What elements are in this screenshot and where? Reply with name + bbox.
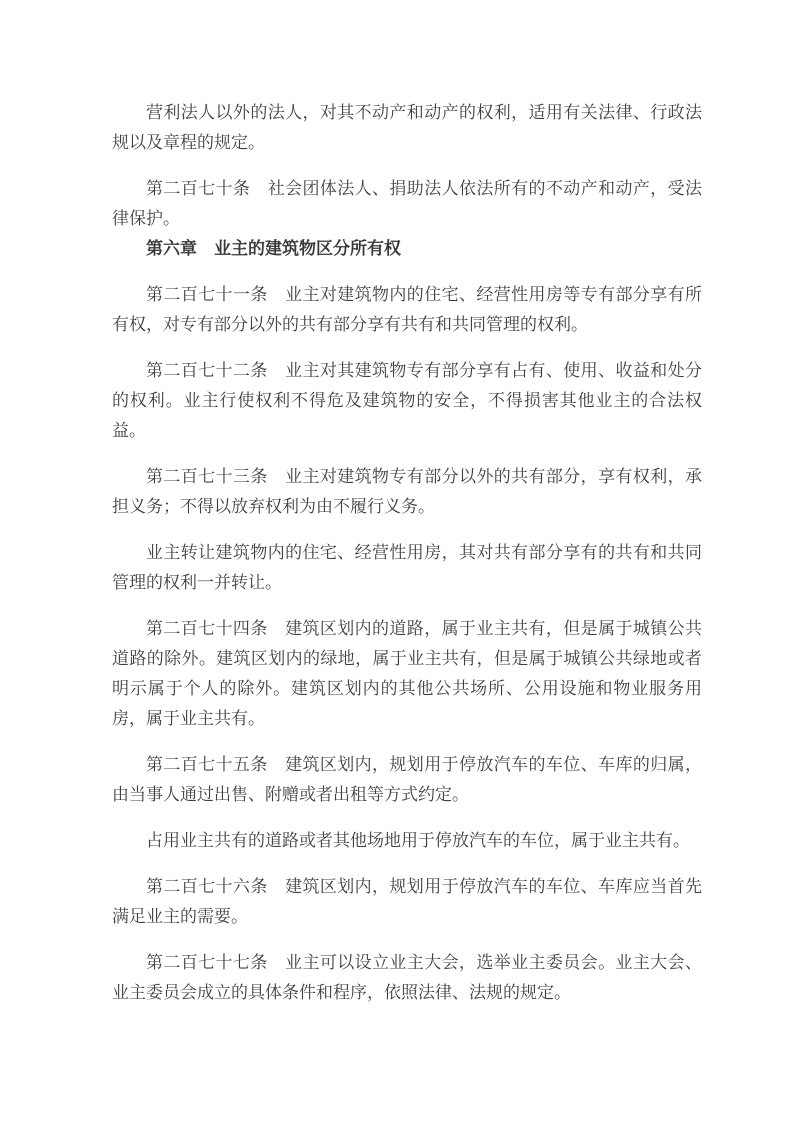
paragraph-article-277: 第二百七十七条 业主可以设立业主大会，选举业主委员会。业主大会、业主委员会成立的…	[112, 948, 702, 1008]
document-page: 营利法人以外的法人，对其不动产和动产的权利，适用有关法律、行政法规以及章程的规定…	[0, 0, 793, 1122]
paragraph-article-275: 第二百七十五条 建筑区划内，规划用于停放汽车的车位、车库的归属，由当事人通过出售…	[112, 750, 702, 810]
paragraph-article-272: 第二百七十二条 业主对其建筑物专有部分享有占有、使用、收益和处分的权利。业主行使…	[112, 356, 702, 446]
paragraph-article-271: 第二百七十一条 业主对建筑物内的住宅、经营性用房等专有部分享有所有权，对专有部分…	[112, 280, 702, 340]
paragraph-article-273: 第二百七十三条 业主对建筑物专有部分以外的共有部分，享有权利，承担义务；不得以放…	[112, 462, 702, 522]
paragraph-article-275-clause-2: 占用业主共有的道路或者其他场地用于停放汽车的车位，属于业主共有。	[112, 826, 702, 856]
paragraph-article-276: 第二百七十六条 建筑区划内，规划用于停放汽车的车位、车库应当首先满足业主的需要。	[112, 872, 702, 932]
chapter-6-heading: 第六章 业主的建筑物区分所有权	[112, 234, 702, 264]
paragraph-article-274: 第二百七十四条 建筑区划内的道路，属于业主共有，但是属于城镇公共道路的除外。建筑…	[112, 614, 702, 734]
paragraph-article-270: 第二百七十条 社会团体法人、捐助法人依法所有的不动产和动产，受法律保护。	[112, 174, 702, 234]
paragraph-nonprofit-legal-persons: 营利法人以外的法人，对其不动产和动产的权利，适用有关法律、行政法规以及章程的规定…	[112, 98, 702, 158]
paragraph-article-273-clause-2: 业主转让建筑物内的住宅、经营性用房，其对共有部分享有的共有和共同管理的权利一并转…	[112, 538, 702, 598]
